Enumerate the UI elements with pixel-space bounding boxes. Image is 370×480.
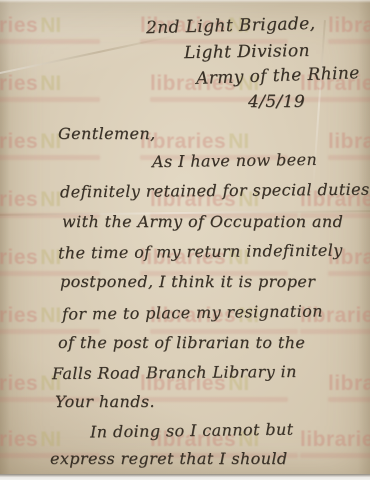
letter-body-line: with the Army of Occupation and — [62, 212, 343, 231]
letter-body-line: As I have now been — [152, 150, 317, 171]
letter-salutation: Gentlemen, — [58, 124, 156, 143]
letter-body-line: Falls Road Branch Library in — [52, 362, 297, 383]
letter-body-line: express regret that I should — [50, 449, 288, 468]
letter-body-line: of the post of librarian to the — [58, 333, 305, 352]
letter-body-line: for me to place my resignation — [62, 301, 323, 323]
letter-body-line: postponed, I think it is proper — [60, 272, 315, 291]
letter-body-line: Your hands. — [55, 392, 155, 411]
letter-body-line: the time of my return indefinitely — [58, 241, 343, 263]
letter-date: 4/5/19 — [248, 92, 305, 112]
scan-edge-bottom — [0, 474, 370, 480]
letter-header-division: Light Division — [184, 41, 310, 63]
letter-body-line: In doing so I cannot but — [90, 420, 294, 442]
scan-edge-top — [0, 0, 370, 3]
handwriting-layer: 2nd Light Brigade, Light Division Army o… — [0, 0, 370, 480]
letter-scan: librariesNIlibrariesNIlibrariesNIlibrari… — [0, 0, 370, 480]
letter-header-unit: 2nd Light Brigade, — [146, 14, 316, 38]
letter-header-army: Army of the Rhine — [196, 63, 360, 89]
letter-body-line: definitely retained for special duties — [60, 180, 370, 202]
